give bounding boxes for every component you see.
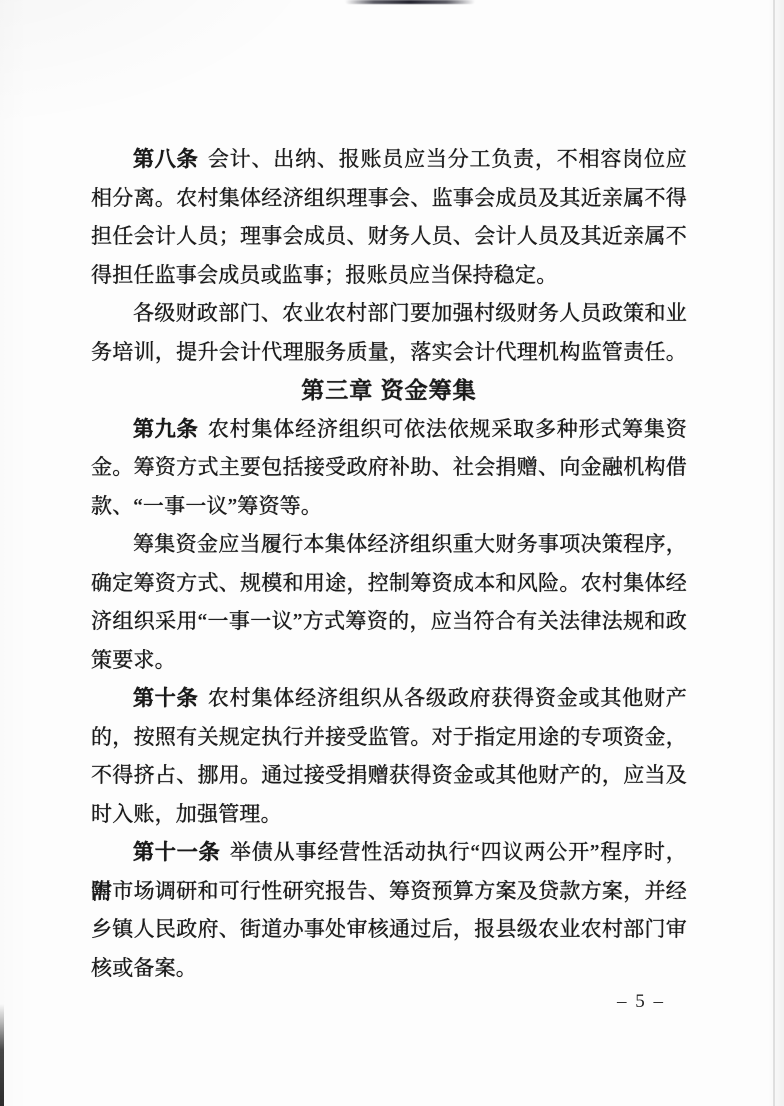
paragraph-text: 农村集体经济组织从各级政府获得资金或其他财产 — [208, 686, 687, 710]
article-number: 第九条 — [133, 418, 198, 441]
paragraph-line: 相分离。农村集体经济组织理事会、监事会成员及其近亲属不得 — [91, 179, 687, 218]
paragraph-line: 附市场调研和可行性研究报告、筹资预算方案及贷款方案，并经 — [91, 872, 687, 911]
paragraph-line: 核或备案。 — [91, 949, 687, 988]
document-body: 第八条会计、出纳、报账员应当分工负责，不相容岗位应 相分离。农村集体经济组织理事… — [91, 140, 687, 987]
article-number: 第十一条 — [133, 841, 220, 864]
paragraph-text: 会计、出纳、报账员应当分工负责，不相容岗位应 — [208, 147, 687, 171]
paragraph-line: 济组织采用“一事一议”方式筹资的，应当符合有关法律法规和政 — [91, 602, 687, 641]
paragraph-line: 乡镇人民政府、街道办事处审核通过后，报县级农业农村部门审 — [91, 910, 687, 949]
paragraph-line: 不得挤占、挪用。通过接受捐赠获得资金或其他财产的，应当及 — [91, 756, 687, 795]
article-number: 第八条 — [133, 148, 198, 171]
paragraph-line: 担任会计人员；理事会成员、财务人员、会计人员及其近亲属不 — [91, 217, 687, 256]
paragraph-text: 农村集体经济组织可依法依规采取多种形式筹集资 — [208, 417, 687, 441]
scan-fold-line — [773, 0, 775, 1106]
paragraph-line: 第十一条举债从事经营性活动执行“四议两公开”程序时，需 — [91, 833, 687, 872]
paragraph-line: 务培训，提升会计代理服务质量，落实会计代理机构监管责任。 — [91, 333, 687, 372]
scan-corner-shadow — [0, 1004, 4, 1106]
paragraph-line: 的，按照有关规定执行并接受监管。对于指定用途的专项资金， — [91, 718, 687, 757]
paragraph-line: 第八条会计、出纳、报账员应当分工负责，不相容岗位应 — [91, 140, 687, 179]
paragraph-line: 确定筹资方式、规模和用途，控制筹资成本和风险。农村集体经 — [91, 564, 687, 603]
paragraph-line: 金。筹资方式主要包括接受政府补助、社会捐赠、向金融机构借 — [91, 448, 687, 487]
paragraph-line: 第九条农村集体经济组织可依法依规采取多种形式筹集资 — [91, 410, 687, 449]
document-page: 第八条会计、出纳、报账员应当分工负责，不相容岗位应 相分离。农村集体经济组织理事… — [0, 0, 784, 1106]
chapter-heading: 第三章 资金筹集 — [91, 371, 687, 410]
paragraph-line: 得担任监事会成员或监事；报账员应当保持稳定。 — [91, 256, 687, 295]
page-number: – 5 – — [591, 991, 691, 1013]
paragraph-line: 款、“一事一议”筹资等。 — [91, 487, 687, 526]
paragraph-line: 时入账，加强管理。 — [91, 795, 687, 834]
paragraph-line: 各级财政部门、农业农村部门要加强村级财务人员政策和业 — [91, 294, 687, 333]
article-number: 第十条 — [133, 687, 198, 710]
paragraph-line: 第十条农村集体经济组织从各级政府获得资金或其他财产 — [91, 679, 687, 718]
paragraph-line: 筹集资金应当履行本集体经济组织重大财务事项决策程序， — [91, 525, 687, 564]
paragraph-line: 策要求。 — [91, 641, 687, 680]
scan-edge-streak — [345, 0, 475, 4]
